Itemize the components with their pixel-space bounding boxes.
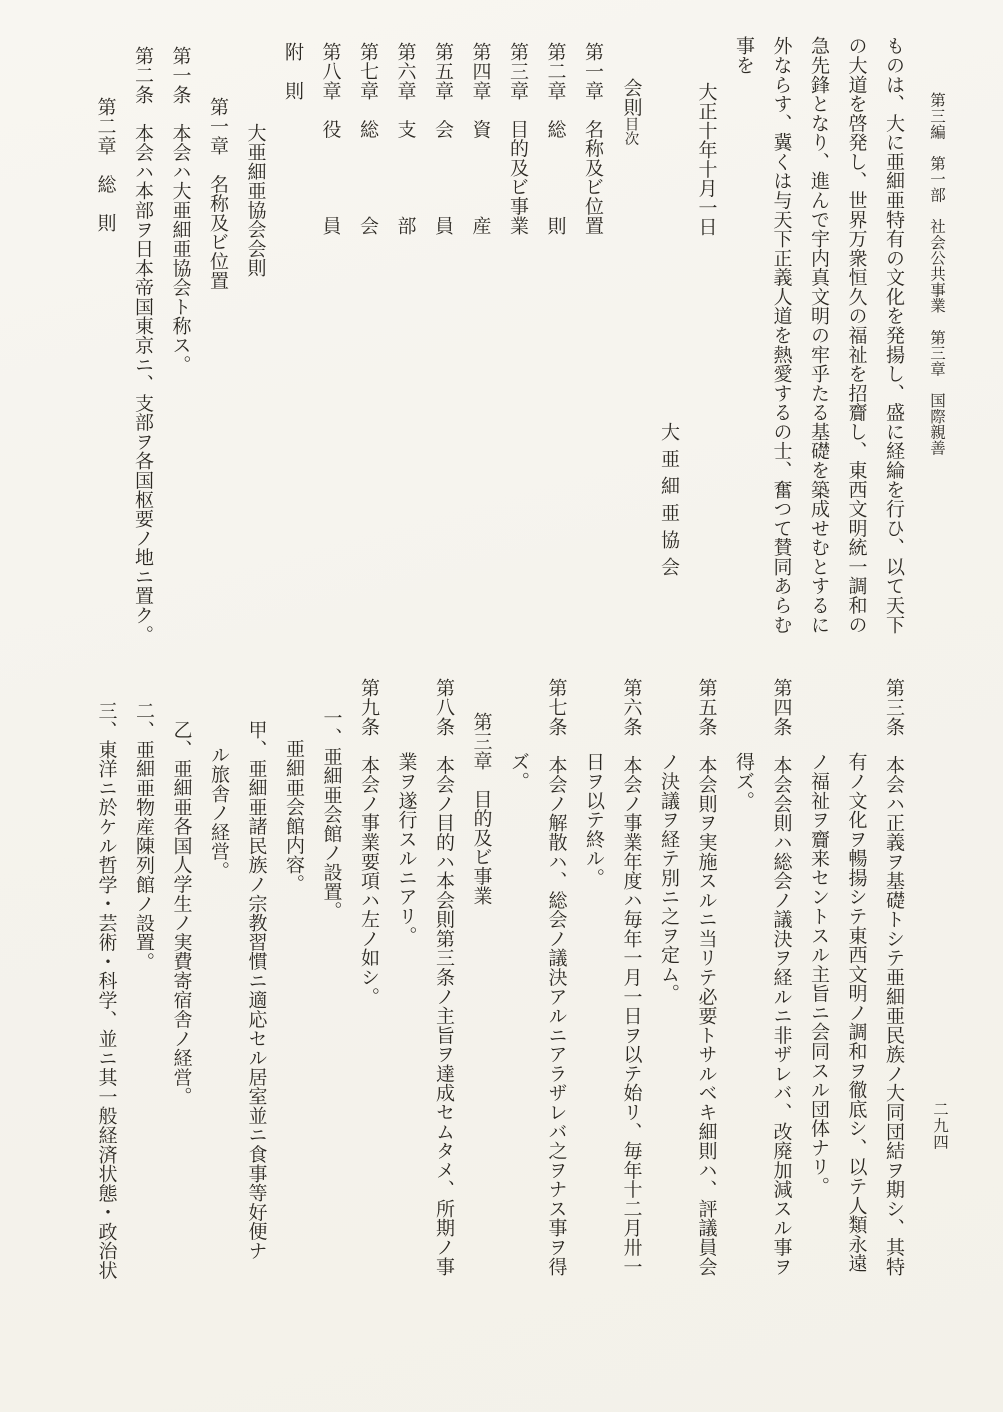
text-column: 有ノ文化ヲ暢揚シテ東西文明ノ調和ヲ徹底シ、以テ人類永遠 xyxy=(837,678,875,1376)
text-column: 大正十年十月一日 xyxy=(687,36,725,696)
text-column: 第六章 支 部 xyxy=(386,36,424,656)
text-column: 第七章 総 会 xyxy=(349,36,387,656)
page-number: 二九四 xyxy=(928,1101,950,1150)
text-column: 第八条 本会ノ目的ハ本会則第三条ノ主旨ヲ達成セムタメ、所期ノ事 xyxy=(425,678,463,1302)
text-column: 第二条 本会ハ本部ヲ日本帝国東京ニ、支部ヲ各国枢要ノ地ニ置ク。 xyxy=(124,36,162,660)
text-column: 得ズ。 xyxy=(725,678,763,1376)
bottom-band-columns: 第三条 本会ハ正義ヲ基礎トシテ亜細亜民族ノ大同団結ヲ期シ、其特有ノ文化ヲ暢揚シテ… xyxy=(87,678,912,1302)
text-column: 第九条 本会ノ事業要項ハ左ノ如シ。 xyxy=(350,678,388,1302)
heading-main-text: 会則 xyxy=(621,78,642,117)
text-column: 第八章 役 員 xyxy=(311,36,349,656)
text-column: 三、東洋ニ於ケル哲学・芸術・科学、並ニ其一般経済状態・政治状 xyxy=(87,678,125,1325)
text-column: 大亜細亜協会会則 xyxy=(236,36,274,737)
text-column: 第五条 本会則ヲ実施スルニ当リテ必要トサルベキ細則ハ、評議員会 xyxy=(687,678,725,1302)
text-column: の大道を啓発し、世界万衆恒久の福祉を招齎し、東西文明統一調和の xyxy=(837,36,875,650)
text-column: 第二章 総 則 xyxy=(86,36,124,711)
heading-small-text: 目次 xyxy=(623,116,639,146)
text-column: 日ヲ以テ終ル。 xyxy=(575,678,613,1376)
text-column: 第四章 資 産 xyxy=(461,36,499,656)
text-column: 甲、亜細亜諸民族ノ宗教習慣ニ適応セル居室並ニ食事等好便ナ xyxy=(237,678,275,1344)
text-column: ノ決議ヲ経テ別ニ之ヲ定ム。 xyxy=(650,678,688,1376)
text-column: 事を xyxy=(725,36,763,650)
text-column: ル旅舎ノ経営。 xyxy=(200,678,238,1369)
text-column: 一、亜細亜会館ノ設置。 xyxy=(312,678,350,1332)
text-column: 第三章 目的及ビ事業 xyxy=(462,678,500,1336)
text-column: 外ならす、冀くは与天下正義人道を熱愛するの士、奮つて賛同あらむ xyxy=(762,36,800,650)
text-column: 第五章 会 員 xyxy=(424,36,462,656)
text-column: 第一章 名称及ビ位置 xyxy=(574,36,612,656)
text-column: 第一章 名称及ビ位置 xyxy=(199,36,237,711)
text-column: 第二章 総 則 xyxy=(536,36,574,656)
text-column: 第三章 目的及ビ事業 xyxy=(499,36,537,656)
text-column: 亜細亜会館内容。 xyxy=(275,678,313,1363)
text-column: ズ。 xyxy=(500,678,538,1376)
text-column: ものは、大に亜細亜特有の文化を発揚し、盛に経綸を行ひ、以て天下 xyxy=(875,36,913,650)
text-column: 第一条 本会ハ大亜細亜協会ト称ス。 xyxy=(161,36,199,660)
text-column: 第六条 本会ノ事業年度ハ毎年一月一日ヲ以テ始リ、毎年十二月卅一 xyxy=(612,678,650,1302)
text-column: 第三条 本会ハ正義ヲ基礎トシテ亜細亜民族ノ大同団結ヲ期シ、其特 xyxy=(875,678,913,1302)
text-column: 会則目次 xyxy=(611,36,650,692)
text-column: 乙、亜細亜各国人学生ノ実費寄宿舎ノ経営。 xyxy=(162,678,200,1344)
text-column: 附 則 xyxy=(274,36,312,656)
running-header: 第三編 第一部 社会公共事業 第三章 国際親善 xyxy=(925,92,947,456)
text-column: 二、亜細亜物産陳列館ノ設置。 xyxy=(125,678,163,1325)
text-column: 第七条 本会ノ解散ハ、総会ノ議決アルニアラザレバ之ヲナス事ヲ得 xyxy=(537,678,575,1302)
text-column: ノ福祉ヲ齎来セントスル主旨ニ会同スル団体ナリ。 xyxy=(800,678,838,1376)
document-page: 第三編 第一部 社会公共事業 第三章 国際親善 ものは、大に亜細亜特有の文化を発… xyxy=(0,0,1003,1412)
text-column: 業ヲ遂行スルニアリ。 xyxy=(387,678,425,1376)
top-band-columns: ものは、大に亜細亜特有の文化を発揚し、盛に経綸を行ひ、以て天下の大道を啓発し、世… xyxy=(86,36,912,650)
text-column: 急先鋒となり、進んで宇内真文明の牢乎たる基礎を築成せむとするに xyxy=(800,36,838,650)
text-column: 第四条 本会会則ハ総会ノ議決ヲ経ルニ非ザレバ、改廃加減スル事ヲ xyxy=(762,678,800,1302)
